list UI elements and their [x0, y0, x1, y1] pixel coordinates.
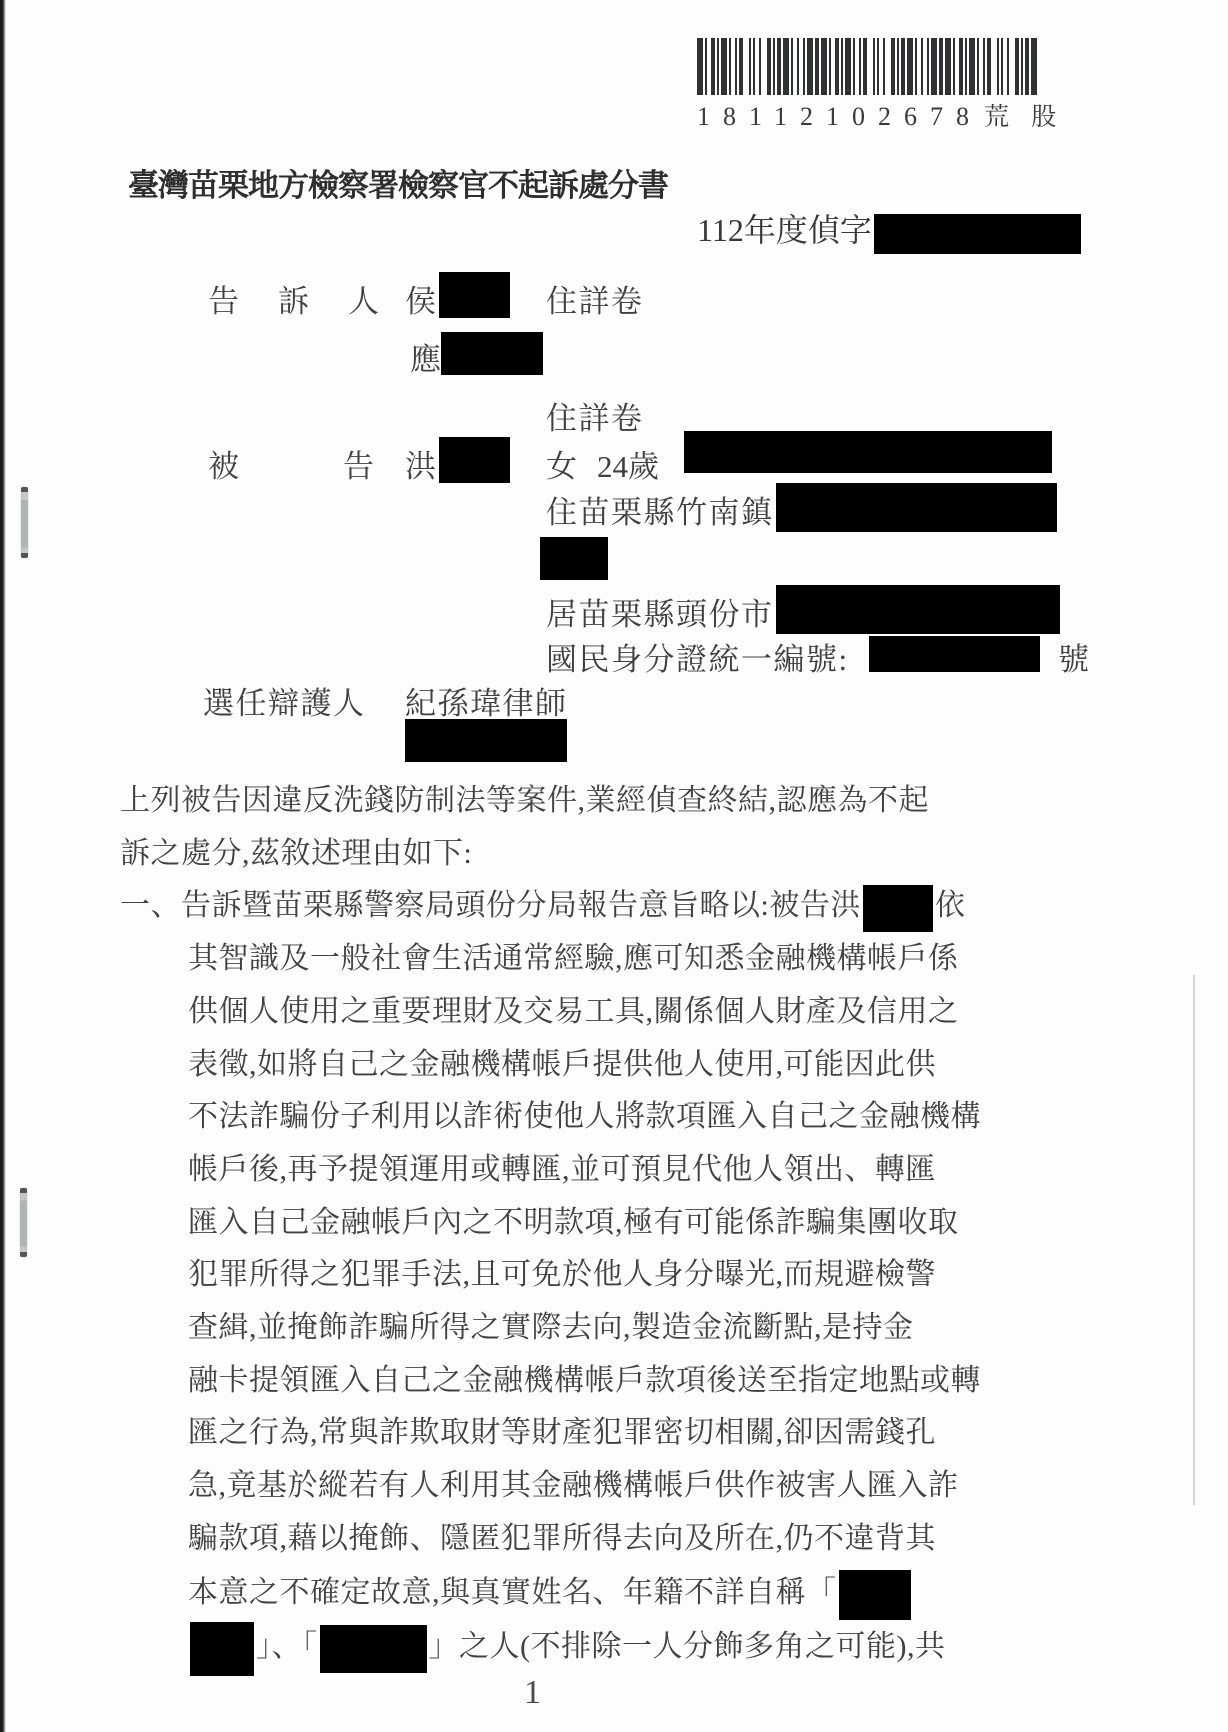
document-title: 臺灣苗栗地方檢察署檢察官不起訴處分書 — [128, 160, 668, 205]
body-line-text: 」之人(不排除一人分飾多角之可能),共 — [429, 1630, 946, 1663]
body-line: 匯之行為,常與詐欺取財等財產犯罪密切相關,卻因需錢孔 — [188, 1411, 936, 1455]
redaction-box — [776, 483, 1057, 532]
body-line-text: 帳戶後,再予提領運用或轉匯,並可預見代他人領出、轉匯 — [188, 1153, 936, 1186]
body-line-text: 其智識及一般社會生活通常經驗,應可知悉金融機構帳戶係 — [188, 942, 959, 975]
case-number-line: 112年度偵字 — [697, 205, 1081, 254]
body-line-text: 上列被告因違反洗錢防制法等案件,業經偵查終結,認應為不起 — [120, 784, 929, 817]
scan-edge-shadow — [0, 0, 6, 1732]
residence2-prefix: 居苗栗縣頭份市 — [546, 589, 774, 634]
address-note: 住詳卷 — [546, 276, 644, 321]
body-line-text: 匯之行為,常與詐欺取財等財產犯罪密切相關,卻因需錢孔 — [188, 1416, 936, 1449]
barcode-block: 18112102678 荒 股 — [697, 38, 1062, 133]
complainant-label: 告訴人 — [208, 276, 418, 321]
redaction-box — [320, 1625, 427, 1673]
body-line-text: 供個人使用之重要理財及交易工具,關係個人財產及信用之 — [188, 995, 959, 1028]
body-line-text: 」、「 — [256, 1630, 318, 1663]
redaction-box — [190, 1622, 254, 1676]
staple-mark-bottom — [20, 1188, 27, 1257]
redaction-box — [863, 885, 933, 932]
redaction-box — [839, 1570, 911, 1620]
redaction-box — [441, 332, 543, 375]
page-number: 1 — [524, 1674, 541, 1712]
complainant2-surname: 應 — [410, 334, 443, 379]
defendant-surname: 洪 — [405, 441, 438, 486]
redaction-box — [874, 214, 1081, 254]
body-line: 查緝,並掩飾詐騙所得之實際去向,製造金流斷點,是持金 — [188, 1306, 914, 1350]
barcode — [697, 38, 1040, 95]
id-suffix: 號 — [1058, 634, 1091, 679]
body-line-text: 本意之不確定故意,與真實姓名、年籍不詳自稱「 — [188, 1576, 837, 1609]
barcode-suffix: 荒 股 — [984, 97, 1064, 133]
body-line-text: 融卡提領匯入自己之金融機構帳戶款項後送至指定地點或轉 — [188, 1364, 981, 1397]
scanned-document: { "barcode": { "digits": "18112102678", … — [0, 0, 1228, 1732]
defendant-age: 24歲 — [597, 441, 659, 486]
redaction-box — [776, 585, 1060, 634]
body-line: 急,竟基於縱若有人利用其金融機構帳戶供作被害人匯入詐 — [188, 1464, 959, 1508]
barcode-label: 18112102678 荒 股 — [697, 97, 1062, 133]
redaction-box — [439, 437, 510, 483]
body-line: 供個人使用之重要理財及交易工具,關係個人財產及信用之 — [188, 990, 959, 1034]
redaction-box — [405, 719, 567, 762]
body-line: 訴之處分,茲敘述理由如下: — [120, 832, 472, 876]
body-line-text: 急,竟基於縱若有人利用其金融機構帳戶供作被害人匯入詐 — [188, 1469, 959, 1502]
case-number-prefix: 112年度偵字 — [697, 212, 872, 248]
body-line-text: 犯罪所得之犯罪手法,且可免於他人身分曝光,而規避檢警 — [188, 1258, 936, 1291]
body-line: 融卡提領匯入自己之金融機構帳戶款項後送至指定地點或轉 — [188, 1359, 981, 1403]
staple-mark-top — [21, 487, 28, 558]
address-note: 住詳卷 — [546, 393, 644, 438]
body-line: 其智識及一般社會生活通常經驗,應可知悉金融機構帳戶係 — [188, 937, 959, 981]
body-line-text: 一、告訴暨苗栗縣警察局頭份分局報告意旨略以:被告洪 — [120, 889, 861, 922]
body-line: 一、告訴暨苗栗縣警察局頭份分局報告意旨略以:被告洪依 — [120, 884, 965, 928]
body-line: 匯入自己金融帳戶內之不明款項,極有可能係詐騙集團收取 — [188, 1201, 959, 1245]
body-line: 」、「」之人(不排除一人分飾多角之可能),共 — [188, 1622, 945, 1666]
redaction-box — [684, 431, 1052, 473]
body-line-text: 不法詐騙份子利用以詐術使他人將款項匯入自己之金融機構 — [188, 1100, 981, 1133]
counsel-label: 選任辯護人 — [203, 678, 366, 723]
body-line: 騙款項,藉以掩飾、隱匿犯罪所得去向及所在,仍不違背其 — [188, 1517, 936, 1561]
body-line: 犯罪所得之犯罪手法,且可免於他人身分曝光,而規避檢警 — [188, 1253, 936, 1297]
body-line-text: 依 — [935, 889, 966, 922]
body-line-text: 匯入自己金融帳戶內之不明款項,極有可能係詐騙集團收取 — [188, 1206, 959, 1239]
body-line: 表徵,如將自己之金融機構帳戶提供他人使用,可能因此供 — [188, 1043, 936, 1087]
body-line: 不法詐騙份子利用以詐術使他人將款項匯入自己之金融機構 — [188, 1095, 981, 1139]
complainant-surname: 侯 — [405, 276, 438, 321]
residence1-prefix: 住苗栗縣竹南鎮 — [546, 487, 774, 532]
id-label: 國民身分證統一編號: — [546, 634, 849, 679]
redaction-box — [869, 636, 1040, 672]
scan-artifact-line — [1193, 975, 1195, 1505]
body-line: 帳戶後,再予提領運用或轉匯,並可預見代他人領出、轉匯 — [188, 1148, 936, 1192]
body-line: 上列被告因違反洗錢防制法等案件,業經偵查終結,認應為不起 — [120, 779, 929, 823]
barcode-digits: 18112102678 — [697, 102, 982, 132]
defendant-sex: 女 — [546, 441, 579, 486]
counsel-name: 紀孫瑋律師 — [405, 678, 568, 723]
body-line-text: 查緝,並掩飾詐騙所得之實際去向,製造金流斷點,是持金 — [188, 1311, 914, 1344]
body-line-text: 表徵,如將自己之金融機構帳戶提供他人使用,可能因此供 — [188, 1048, 936, 1081]
body-line-text: 騙款項,藉以掩飾、隱匿犯罪所得去向及所在,仍不違背其 — [188, 1522, 936, 1555]
body-line-text: 訴之處分,茲敘述理由如下: — [120, 837, 472, 870]
redaction-box — [540, 537, 608, 580]
body-line: 本意之不確定故意,與真實姓名、年籍不詳自稱「 — [188, 1570, 913, 1614]
defendant-label: 被告 — [208, 441, 478, 486]
redaction-box — [439, 272, 510, 318]
